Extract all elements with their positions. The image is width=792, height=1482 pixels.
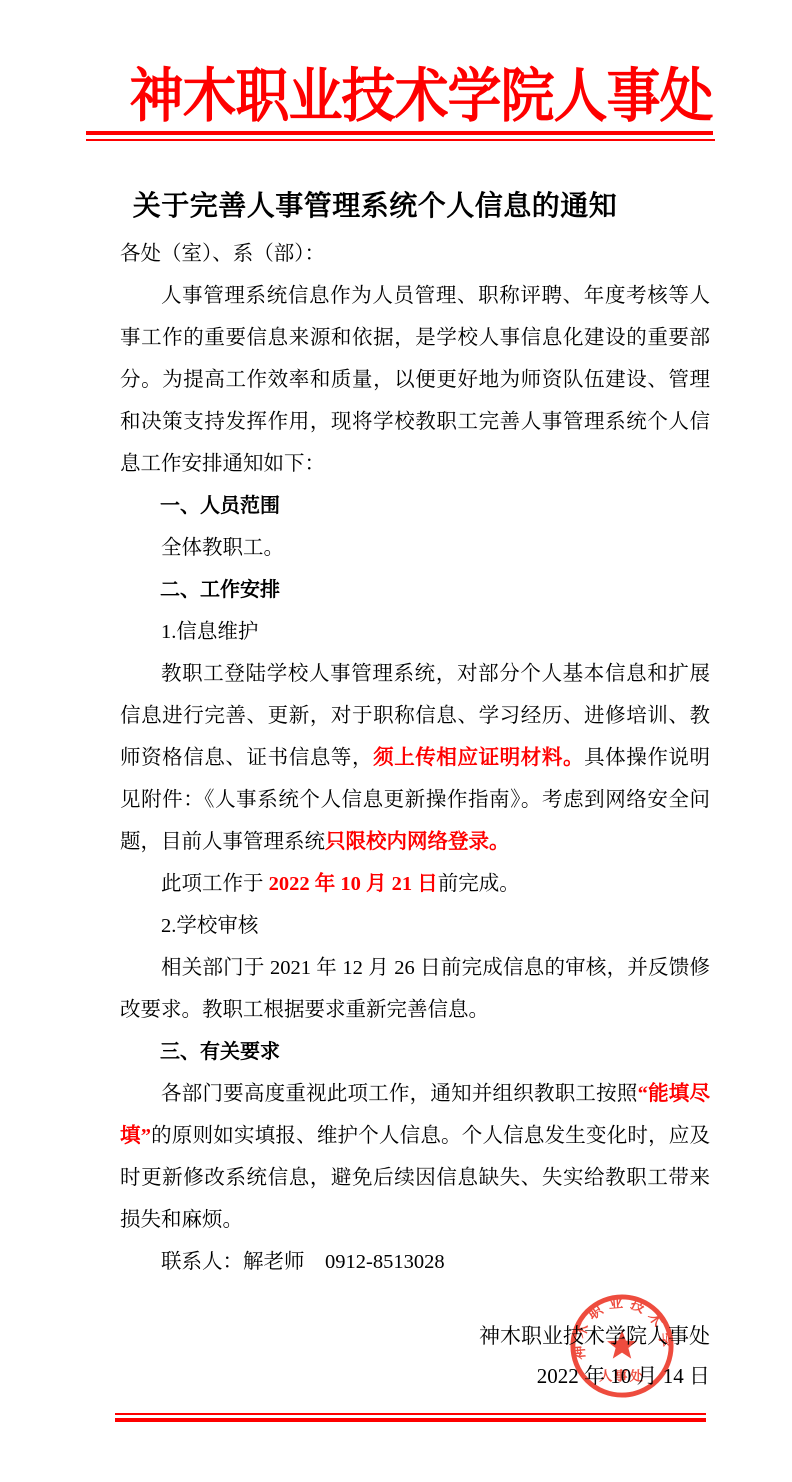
official-seal-stamp: 神木职业技术学院 人事处 (568, 1292, 676, 1400)
section1-heading: 一、人员范围 (120, 485, 710, 527)
item1-seg2-red: 须上传相应证明材料。 (373, 747, 584, 769)
deadline-seg1: 此项工作于 (161, 873, 269, 895)
item2-title: 2.学校审核 (120, 905, 710, 947)
section3-seg1: 各部门要高度重视此项工作，通知并组织教职工按照 (161, 1083, 638, 1105)
doc-body: 各处（室）、系（部）： 人事管理系统信息作为人员管理、职称评聘、年度考核等人事工… (120, 233, 710, 1283)
org-title: 神木职业技术学院人事处 (50, 50, 792, 133)
footer-rule-thick (115, 1418, 706, 1422)
salutation: 各处（室）、系（部）： (120, 233, 710, 275)
section3-heading: 三、有关要求 (120, 1031, 710, 1073)
item1-deadline: 此项工作于 2022 年 10 月 21 日前完成。 (120, 863, 710, 905)
item1-paragraph: 教职工登陆学校人事管理系统，对部分个人基本信息和扩展信息进行完善、更新，对于职称… (120, 653, 710, 863)
section3-seg3: 的原则如实填报、维护个人信息。个人信息发生变化时，应及时更新修改系统信息，避免后… (120, 1125, 710, 1231)
section2-heading: 二、工作安排 (120, 569, 710, 611)
star-icon (607, 1330, 637, 1358)
document-page: 神木职业技术学院人事处 关于完善人事管理系统个人信息的通知 各处（室）、系（部）… (0, 0, 792, 1482)
stamp-bottom-text: 人事处 (599, 1367, 645, 1383)
deadline-date-red: 2022 年 10 月 21 日 (269, 873, 438, 895)
section1-body: 全体教职工。 (120, 527, 710, 569)
item1-seg4-red: 只限校内网络登录。 (325, 831, 510, 853)
doc-title: 关于完善人事管理系统个人信息的通知 (0, 184, 750, 224)
header-rule-thin (86, 139, 715, 141)
item2-paragraph: 相关部门于 2021 年 12 月 26 日前完成信息的审核，并反馈修改要求。教… (120, 947, 710, 1031)
contact-line: 联系人：解老师 0912-8513028 (120, 1241, 710, 1283)
header-rule-thick (86, 131, 713, 135)
section3-paragraph: 各部门要高度重视此项工作，通知并组织教职工按照“能填尽填”的原则如实填报、维护个… (120, 1073, 710, 1241)
item1-title: 1.信息维护 (120, 611, 710, 653)
intro-paragraph: 人事管理系统信息作为人员管理、职称评聘、年度考核等人事工作的重要信息来源和依据，… (120, 275, 710, 485)
footer-rule-thin (115, 1413, 706, 1415)
deadline-seg3: 前完成。 (438, 873, 520, 895)
